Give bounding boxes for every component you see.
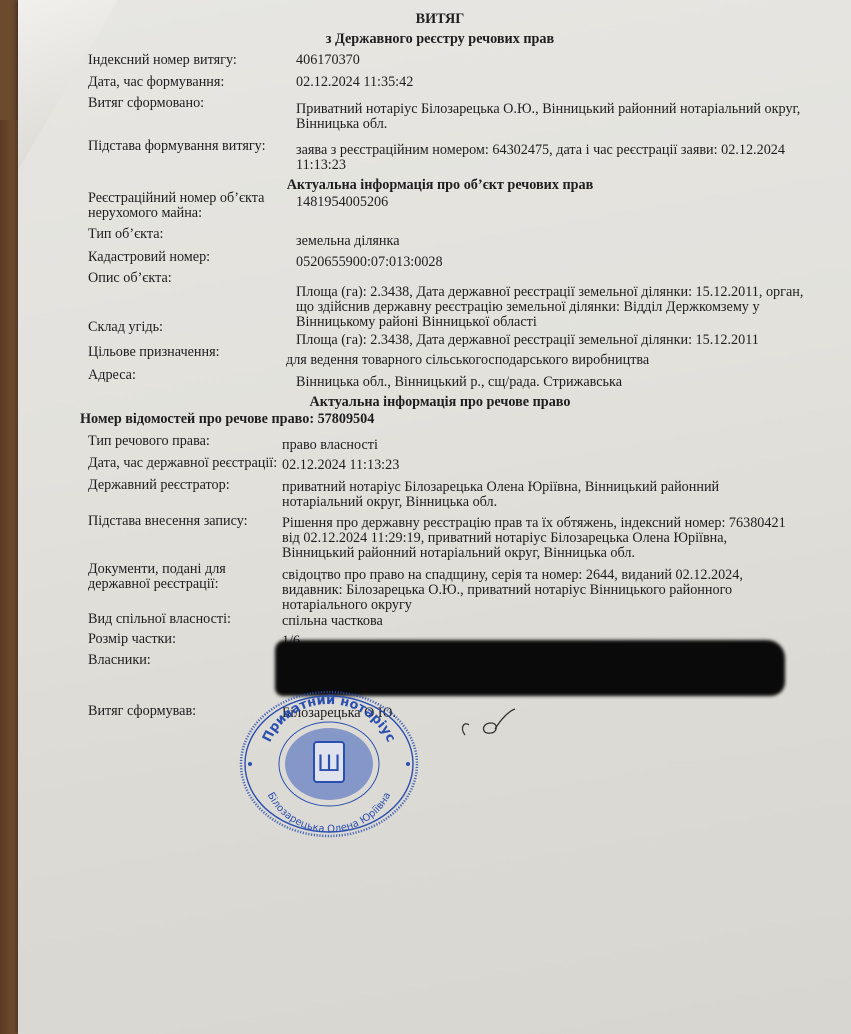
- notary-stamp-icon: Ш Приватний нотаріус Білозарецька Олена …: [238, 690, 420, 838]
- right-record-number: Номер відомостей про речове право: 57809…: [80, 412, 374, 427]
- signature-icon: [455, 705, 535, 745]
- owners-redaction-bar: [275, 640, 785, 696]
- svg-text:Ш: Ш: [317, 752, 341, 777]
- document-title: ВИТЯГ: [80, 12, 800, 27]
- document-subtitle: з Державного реєстру речових прав: [80, 32, 800, 47]
- section-heading-right: Актуальна інформація про речове право: [80, 395, 800, 410]
